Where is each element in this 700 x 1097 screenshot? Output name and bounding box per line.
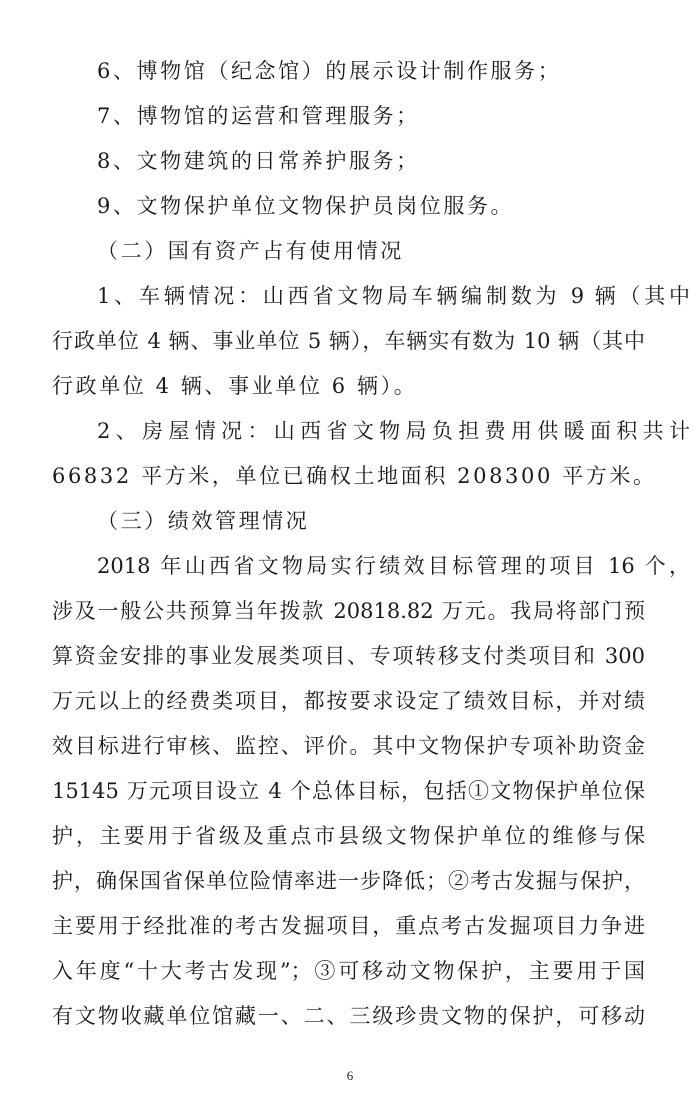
paragraph-line: 行政单位 4 辆、事业单位 6 辆）。 (52, 364, 652, 409)
paragraph-line: 1、车辆情况：山西省文物局车辆编制数为 9 辆（其中 (52, 274, 690, 319)
paragraph-line: 2、房屋情况：山西省文物局负担费用供暖面积共计 (52, 409, 690, 454)
paragraph-line: 护，确保国省保单位险情率进一步降低；②考古发掘与保护， (52, 859, 645, 904)
paragraph-line: 主要用于经批准的考古发掘项目，重点考古发掘项目力争进 (52, 904, 645, 949)
list-item-8: 8、文物建筑的日常养护服务； (52, 139, 652, 184)
list-item-7: 7、博物馆的运营和管理服务； (52, 94, 652, 139)
paragraph-line: 15145 万元项目设立 4 个总体目标，包括①文物保护单位保 (52, 769, 645, 814)
list-item-9: 9、文物保护单位文物保护员岗位服务。 (52, 184, 652, 229)
section-heading-performance: （三）绩效管理情况 (52, 499, 652, 544)
page-number: 6 (0, 1068, 700, 1084)
paragraph-line: 66832 平方米，单位已确权土地面积 208300 平方米。 (52, 454, 652, 499)
paragraph-line: 有文物收藏单位馆藏一、二、三级珍贵文物的保护，可移动 (52, 994, 645, 1039)
paragraph-line: 2018 年山西省文物局实行绩效目标管理的项目 16 个， (52, 544, 690, 589)
section-heading-assets: （二）国有资产占有使用情况 (52, 229, 652, 274)
paragraph-line: 行政单位 4 辆、事业单位 5 辆），车辆实有数为 10 辆（其中 (52, 319, 645, 364)
list-item-6: 6、博物馆（纪念馆）的展示设计制作服务； (52, 49, 652, 94)
paragraph-line: 入年度“十大考古发现”；③可移动文物保护，主要用于国 (52, 949, 645, 994)
paragraph-line: 算资金安排的事业发展类项目、专项转移支付类项目和 300 (52, 634, 645, 679)
paragraph-line: 万元以上的经费类项目，都按要求设定了绩效目标，并对绩 (52, 679, 645, 724)
paragraph-line: 涉及一般公共预算当年拨款 20818.82 万元。我局将部门预 (52, 589, 645, 634)
document-body: 6、博物馆（纪念馆）的展示设计制作服务； 7、博物馆的运营和管理服务； 8、文物… (52, 49, 652, 1039)
paragraph-line: 护，主要用于省级及重点市县级文物保护单位的维修与保 (52, 814, 645, 859)
paragraph-line: 效目标进行审核、监控、评价。其中文物保护专项补助资金 (52, 724, 645, 769)
